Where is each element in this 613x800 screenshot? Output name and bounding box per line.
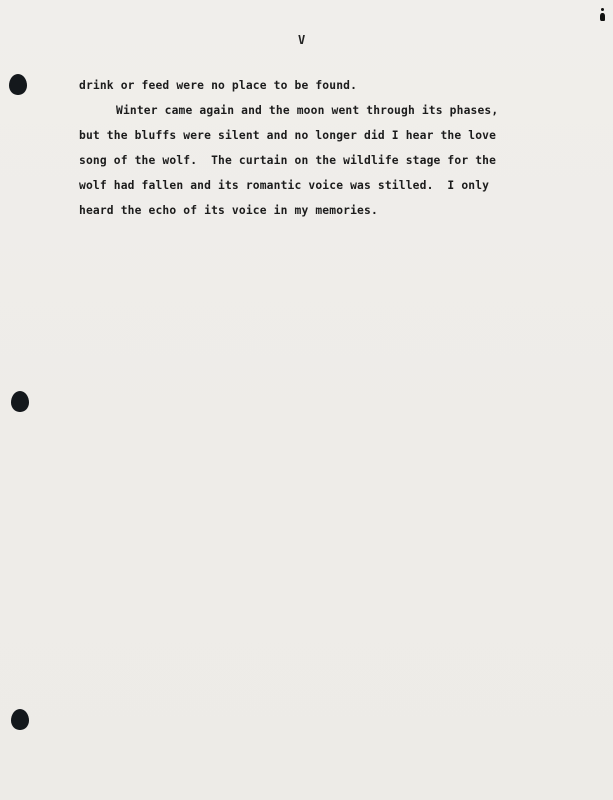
- typewritten-page: V drink or feed were no place to be foun…: [0, 0, 613, 800]
- corner-ink-mark: [600, 8, 606, 21]
- text-line: song of the wolf. The curtain on the wil…: [79, 148, 559, 173]
- text-line: but the bluffs were silent and no longer…: [79, 123, 559, 148]
- punch-hole-bottom: [11, 709, 29, 730]
- punch-hole-top: [9, 74, 27, 95]
- text-line: wolf had fallen and its romantic voice w…: [79, 173, 559, 198]
- punch-hole-middle: [11, 391, 29, 412]
- text-line: heard the echo of its voice in my memori…: [79, 198, 559, 223]
- text-line: Winter came again and the moon went thro…: [79, 98, 559, 123]
- body-text: drink or feed were no place to be found.…: [79, 73, 559, 223]
- text-line: drink or feed were no place to be found.: [79, 73, 559, 98]
- page-number: V: [298, 33, 305, 47]
